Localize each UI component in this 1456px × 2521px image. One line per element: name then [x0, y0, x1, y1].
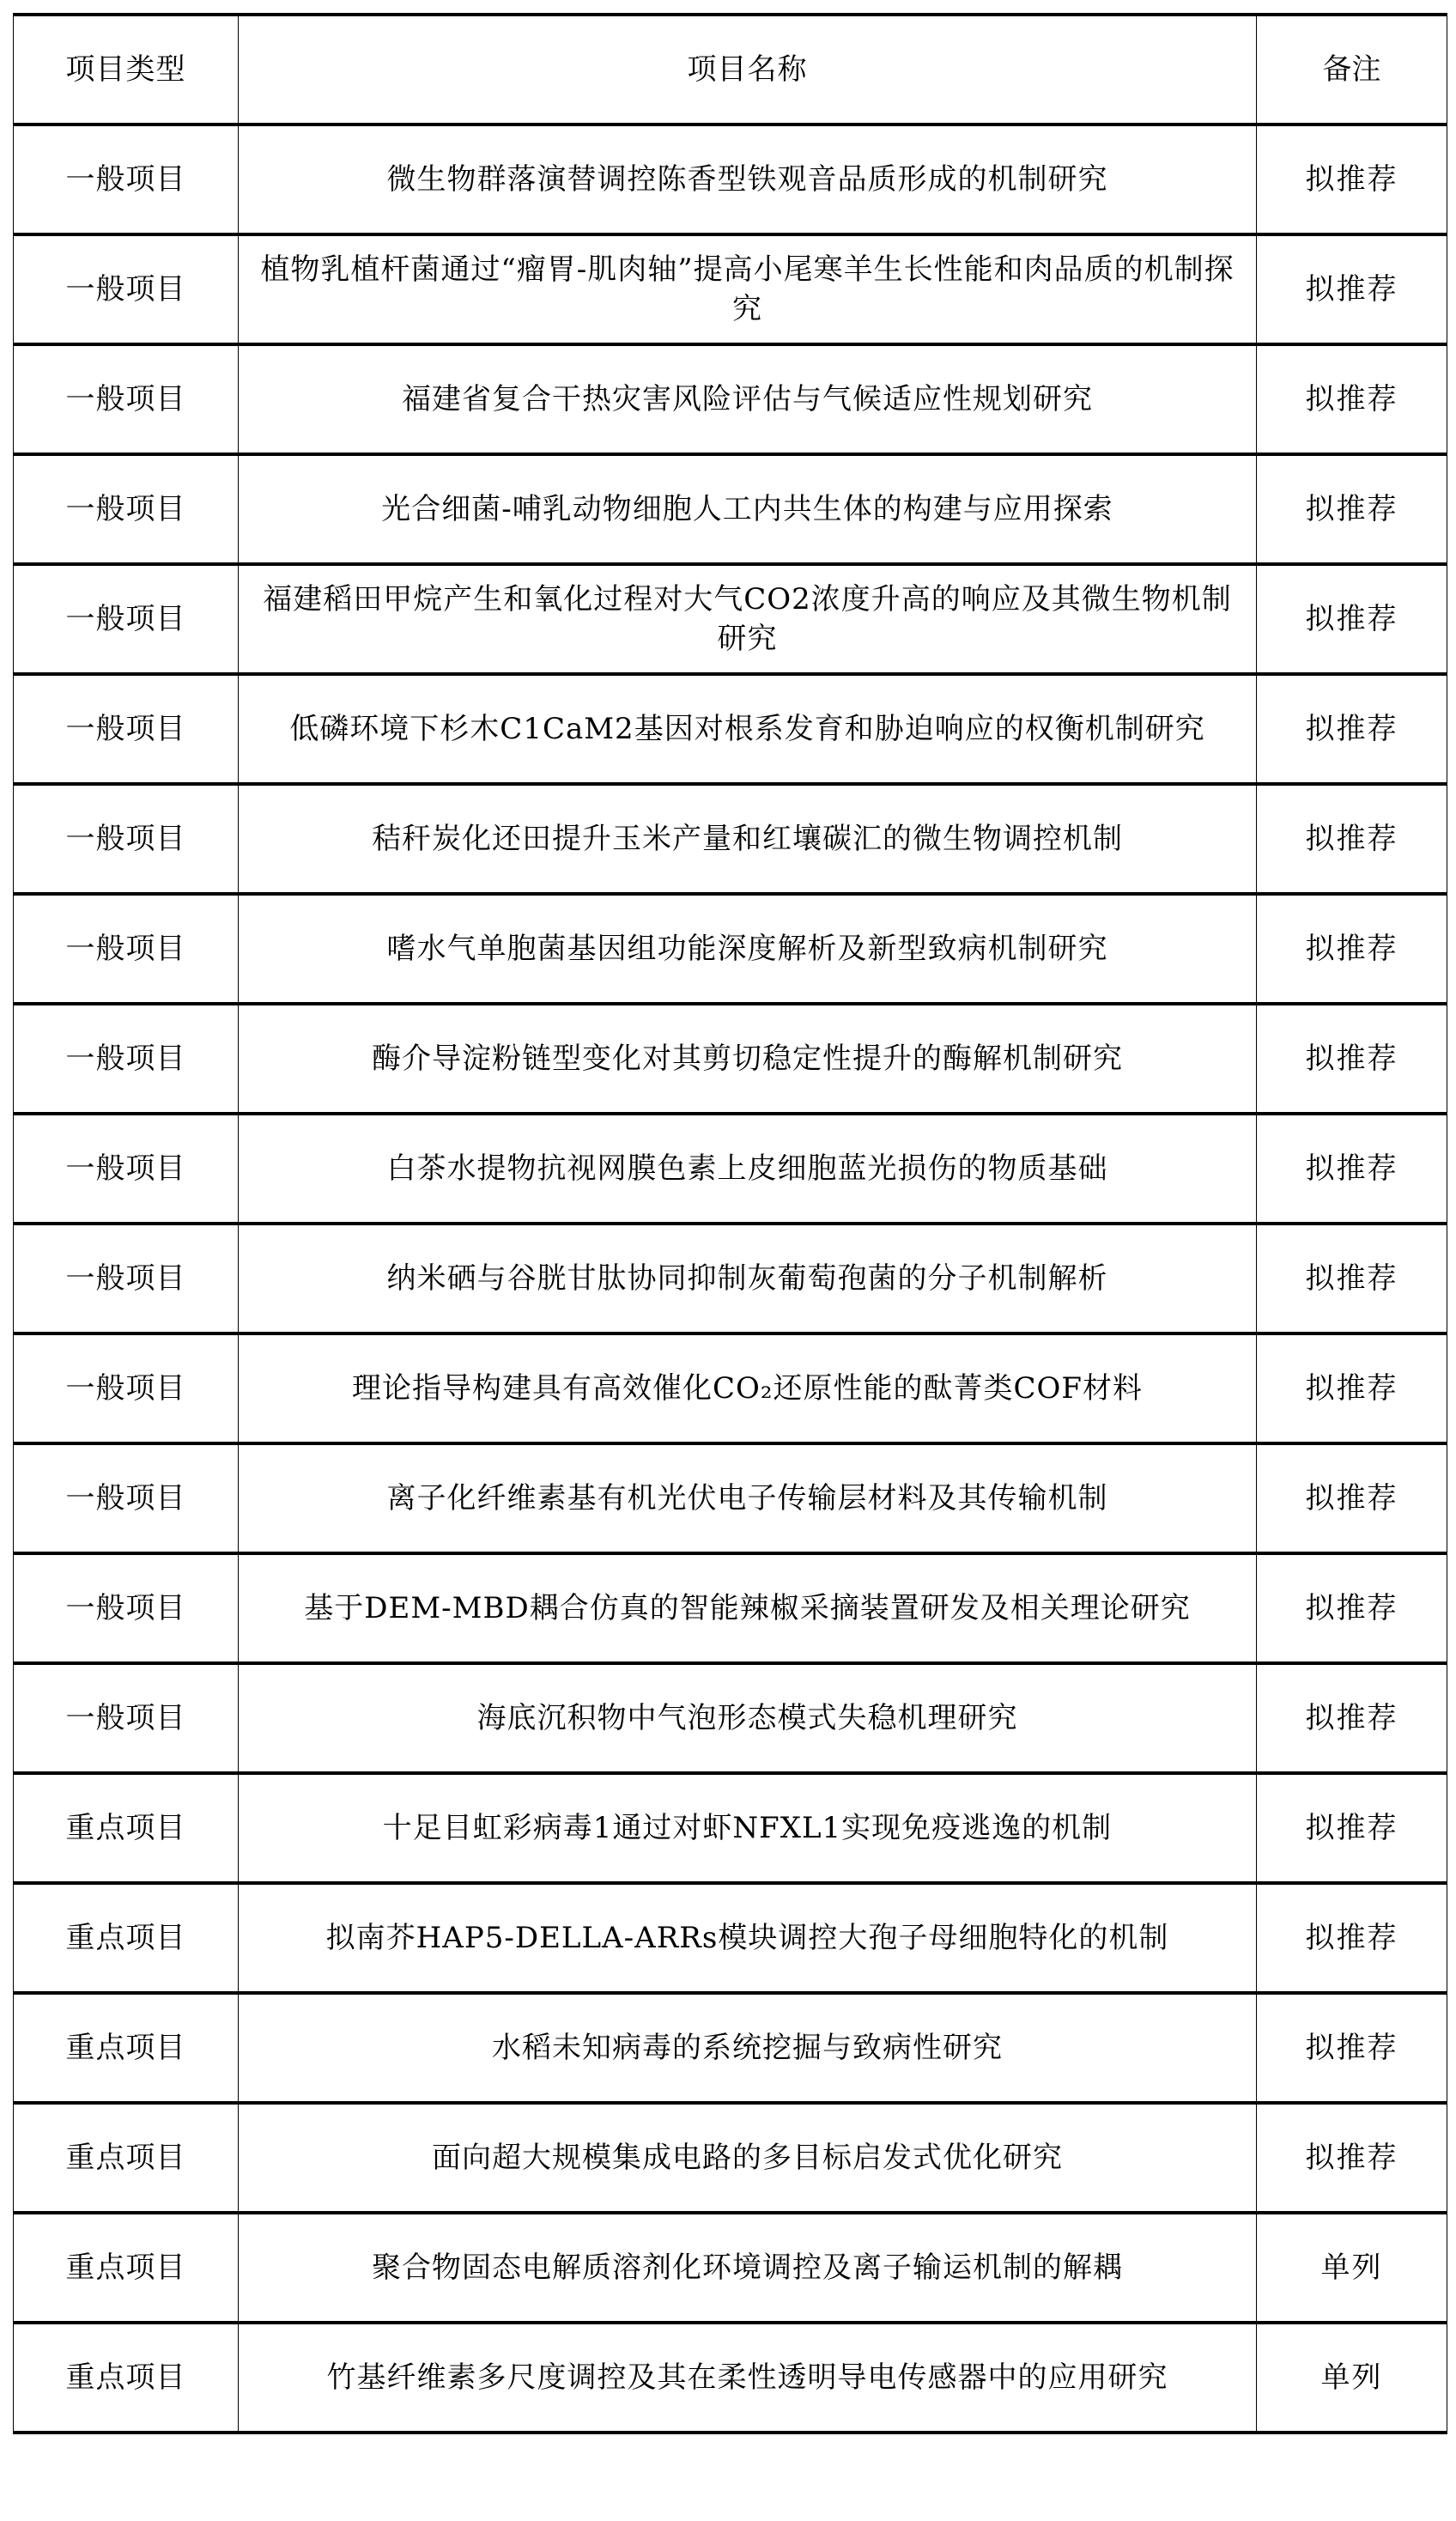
note-cell: 拟推荐 [1257, 1333, 1447, 1443]
project-type-cell: 一般项目 [14, 674, 239, 784]
table-row: 一般项目微生物群落演替调控陈香型铁观音品质形成的机制研究拟推荐 [14, 125, 1447, 234]
project-type-cell: 一般项目 [14, 454, 239, 564]
table-row: 一般项目基于DEM-MBD耦合仿真的智能辣椒采摘装置研发及相关理论研究拟推荐 [14, 1553, 1447, 1663]
project-name-cell: 秸秆炭化还田提升玉米产量和红壤碳汇的微生物调控机制 [239, 784, 1257, 894]
project-name-cell: 聚合物固态电解质溶剂化环境调控及离子输运机制的解耦 [239, 2213, 1257, 2323]
note-cell: 拟推荐 [1257, 1114, 1447, 1224]
project-table: 项目类型 项目名称 备注 一般项目微生物群落演替调控陈香型铁观音品质形成的机制研… [13, 13, 1447, 2434]
note-cell: 拟推荐 [1257, 1993, 1447, 2103]
project-name-cell: 海底沉积物中气泡形态模式失稳机理研究 [239, 1663, 1257, 1773]
note-cell: 拟推荐 [1257, 564, 1447, 674]
project-type-cell: 重点项目 [14, 1993, 239, 2103]
header-project-type: 项目类型 [14, 15, 239, 125]
project-name-cell: 十足目虹彩病毒1通过对虾NFXL1实现免疫逃逸的机制 [239, 1773, 1257, 1883]
project-name-cell: 酶介导淀粉链型变化对其剪切稳定性提升的酶解机制研究 [239, 1004, 1257, 1114]
project-type-cell: 一般项目 [14, 894, 239, 1004]
project-type-cell: 一般项目 [14, 784, 239, 894]
table-row: 重点项目水稻未知病毒的系统挖掘与致病性研究拟推荐 [14, 1993, 1447, 2103]
project-type-cell: 一般项目 [14, 125, 239, 234]
table-row: 一般项目福建稻田甲烷产生和氧化过程对大气CO2浓度升高的响应及其微生物机制研究拟… [14, 564, 1447, 674]
table-row: 一般项目酶介导淀粉链型变化对其剪切稳定性提升的酶解机制研究拟推荐 [14, 1004, 1447, 1114]
note-cell: 拟推荐 [1257, 234, 1447, 344]
note-cell: 拟推荐 [1257, 1773, 1447, 1883]
project-name-cell: 低磷环境下杉木C1CaM2基因对根系发育和胁迫响应的权衡机制研究 [239, 674, 1257, 784]
note-cell: 拟推荐 [1257, 1224, 1447, 1333]
table-row: 重点项目拟南芥HAP5-DELLA-ARRs模块调控大孢子母细胞特化的机制拟推荐 [14, 1883, 1447, 1993]
project-name-cell: 拟南芥HAP5-DELLA-ARRs模块调控大孢子母细胞特化的机制 [239, 1883, 1257, 1993]
table-row: 一般项目纳米硒与谷胱甘肽协同抑制灰葡萄孢菌的分子机制解析拟推荐 [14, 1224, 1447, 1333]
project-name-cell: 水稻未知病毒的系统挖掘与致病性研究 [239, 1993, 1257, 2103]
project-type-cell: 一般项目 [14, 1004, 239, 1114]
table-row: 一般项目光合细菌-哺乳动物细胞人工内共生体的构建与应用探索拟推荐 [14, 454, 1447, 564]
table-row: 一般项目秸秆炭化还田提升玉米产量和红壤碳汇的微生物调控机制拟推荐 [14, 784, 1447, 894]
table-row: 一般项目福建省复合干热灾害风险评估与气候适应性规划研究拟推荐 [14, 344, 1447, 454]
project-name-cell: 光合细菌-哺乳动物细胞人工内共生体的构建与应用探索 [239, 454, 1257, 564]
header-project-name: 项目名称 [239, 15, 1257, 125]
note-cell: 拟推荐 [1257, 674, 1447, 784]
project-name-cell: 福建省复合干热灾害风险评估与气候适应性规划研究 [239, 344, 1257, 454]
note-cell: 拟推荐 [1257, 1553, 1447, 1663]
project-type-cell: 一般项目 [14, 1114, 239, 1224]
project-type-cell: 一般项目 [14, 344, 239, 454]
project-type-cell: 一般项目 [14, 1553, 239, 1663]
table-row: 一般项目低磷环境下杉木C1CaM2基因对根系发育和胁迫响应的权衡机制研究拟推荐 [14, 674, 1447, 784]
project-type-cell: 一般项目 [14, 234, 239, 344]
project-name-cell: 面向超大规模集成电路的多目标启发式优化研究 [239, 2103, 1257, 2213]
project-type-cell: 一般项目 [14, 1333, 239, 1443]
table-row: 一般项目白茶水提物抗视网膜色素上皮细胞蓝光损伤的物质基础拟推荐 [14, 1114, 1447, 1224]
note-cell: 拟推荐 [1257, 2103, 1447, 2213]
project-name-cell: 纳米硒与谷胱甘肽协同抑制灰葡萄孢菌的分子机制解析 [239, 1224, 1257, 1333]
project-type-cell: 重点项目 [14, 2103, 239, 2213]
table-row: 重点项目十足目虹彩病毒1通过对虾NFXL1实现免疫逃逸的机制拟推荐 [14, 1773, 1447, 1883]
table-row: 一般项目嗜水气单胞菌基因组功能深度解析及新型致病机制研究拟推荐 [14, 894, 1447, 1004]
table-header: 项目类型 项目名称 备注 [14, 15, 1447, 125]
note-cell: 拟推荐 [1257, 125, 1447, 234]
table-body: 一般项目微生物群落演替调控陈香型铁观音品质形成的机制研究拟推荐 一般项目植物乳植… [14, 125, 1447, 2433]
note-cell: 拟推荐 [1257, 344, 1447, 454]
project-type-cell: 一般项目 [14, 1443, 239, 1553]
project-type-cell: 重点项目 [14, 1883, 239, 1993]
table-row: 一般项目植物乳植杆菌通过“瘤胃-肌肉轴”提高小尾寒羊生长性能和肉品质的机制探究拟… [14, 234, 1447, 344]
project-name-cell: 竹基纤维素多尺度调控及其在柔性透明导电传感器中的应用研究 [239, 2323, 1257, 2433]
table-row: 重点项目聚合物固态电解质溶剂化环境调控及离子输运机制的解耦单列 [14, 2213, 1447, 2323]
project-type-cell: 重点项目 [14, 1773, 239, 1883]
project-type-cell: 一般项目 [14, 564, 239, 674]
note-cell: 拟推荐 [1257, 1443, 1447, 1553]
table-row: 重点项目面向超大规模集成电路的多目标启发式优化研究拟推荐 [14, 2103, 1447, 2213]
project-name-cell: 嗜水气单胞菌基因组功能深度解析及新型致病机制研究 [239, 894, 1257, 1004]
table-row: 一般项目理论指导构建具有高效催化CO₂还原性能的酞菁类COF材料拟推荐 [14, 1333, 1447, 1443]
project-name-cell: 离子化纤维素基有机光伏电子传输层材料及其传输机制 [239, 1443, 1257, 1553]
table-row: 一般项目离子化纤维素基有机光伏电子传输层材料及其传输机制拟推荐 [14, 1443, 1447, 1553]
note-cell: 拟推荐 [1257, 894, 1447, 1004]
header-note: 备注 [1257, 15, 1447, 125]
project-name-cell: 植物乳植杆菌通过“瘤胃-肌肉轴”提高小尾寒羊生长性能和肉品质的机制探究 [239, 234, 1257, 344]
project-name-cell: 白茶水提物抗视网膜色素上皮细胞蓝光损伤的物质基础 [239, 1114, 1257, 1224]
project-type-cell: 一般项目 [14, 1663, 239, 1773]
header-row: 项目类型 项目名称 备注 [14, 15, 1447, 125]
project-type-cell: 重点项目 [14, 2213, 239, 2323]
note-cell: 拟推荐 [1257, 1883, 1447, 1993]
project-type-cell: 一般项目 [14, 1224, 239, 1333]
note-cell: 拟推荐 [1257, 1004, 1447, 1114]
note-cell: 单列 [1257, 2323, 1447, 2433]
project-name-cell: 微生物群落演替调控陈香型铁观音品质形成的机制研究 [239, 125, 1257, 234]
note-cell: 单列 [1257, 2213, 1447, 2323]
table-row: 重点项目竹基纤维素多尺度调控及其在柔性透明导电传感器中的应用研究单列 [14, 2323, 1447, 2433]
project-name-cell: 理论指导构建具有高效催化CO₂还原性能的酞菁类COF材料 [239, 1333, 1257, 1443]
project-name-cell: 基于DEM-MBD耦合仿真的智能辣椒采摘装置研发及相关理论研究 [239, 1553, 1257, 1663]
project-name-cell: 福建稻田甲烷产生和氧化过程对大气CO2浓度升高的响应及其微生物机制研究 [239, 564, 1257, 674]
project-type-cell: 重点项目 [14, 2323, 239, 2433]
note-cell: 拟推荐 [1257, 454, 1447, 564]
note-cell: 拟推荐 [1257, 784, 1447, 894]
table-row: 一般项目海底沉积物中气泡形态模式失稳机理研究拟推荐 [14, 1663, 1447, 1773]
note-cell: 拟推荐 [1257, 1663, 1447, 1773]
